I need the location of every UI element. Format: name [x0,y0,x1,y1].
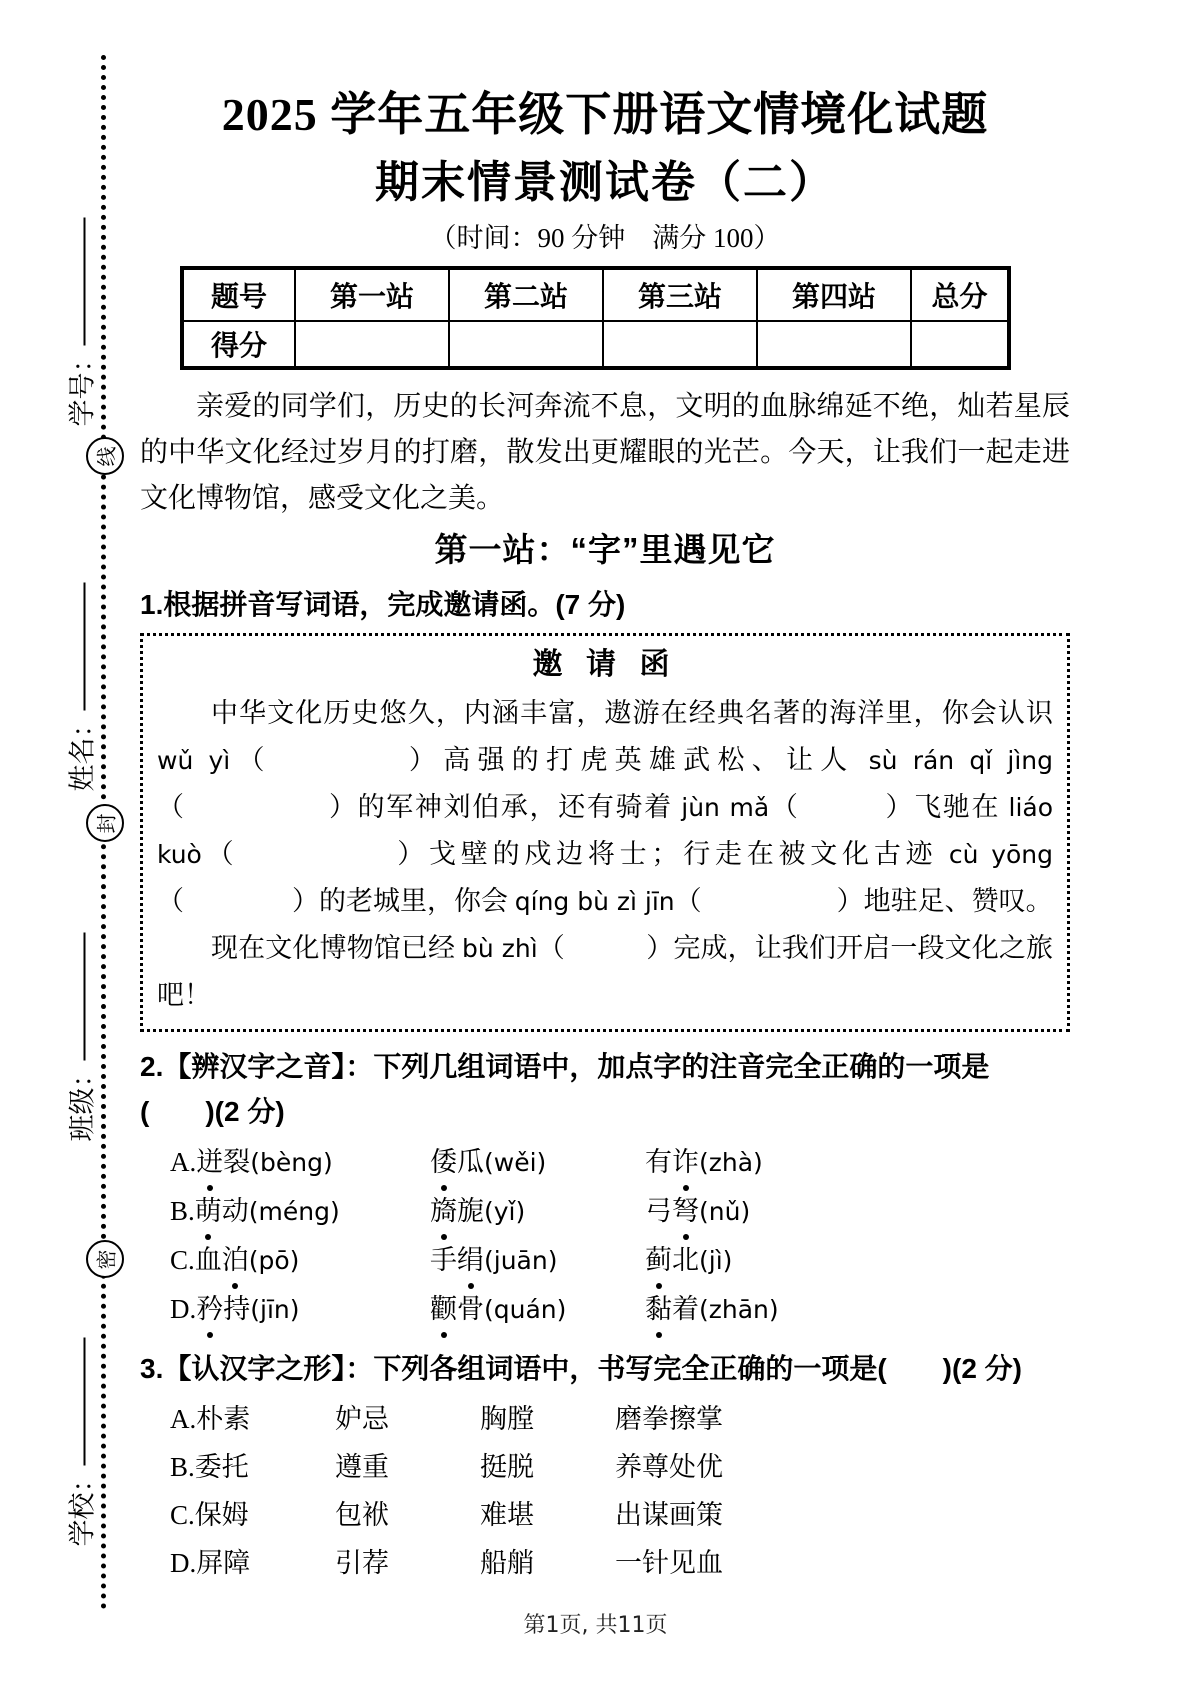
option-pinyin: (jì) [699,1246,732,1275]
score-table: 题号 第一站 第二站 第三站 第四站 总分 得分 [180,266,1011,370]
side-label-class: 班级： [61,892,100,1142]
dotted-char: 萌 [195,1187,222,1235]
invitation-title: 邀 请 函 [157,640,1053,690]
option-label: C. [170,1500,195,1530]
dotted-char: 颧 [430,1285,457,1333]
option-word: 委托 [195,1452,249,1482]
invitation-paragraph-1: 中华文化历史悠久，内涵丰富，遨游在经典名著的海洋里，你会认识 wǔ yì（ ）高… [157,690,1053,925]
dotted-char: 迸 [196,1138,223,1186]
option-label: B. [170,1452,195,1482]
pinyin-buzhi: bù zhì [462,934,538,963]
name-blank-line [84,583,86,711]
section1-title: 第一站：“字”里遇见它 [140,526,1070,574]
option-pinyin: (quán) [484,1295,566,1324]
question3-stem: 3.【认汉字之形】：下列各组词语中，书写完全正确的一项是( )(2 分) [140,1346,1070,1391]
answer-blank: （ ） [769,792,914,822]
option-row-d: D.屏障引荐船艄一针见血 [140,1539,1070,1587]
option-word: 养尊处优 [615,1443,723,1491]
score-row-label: 得分 [182,321,295,368]
name-label: 姓名： [68,711,98,792]
question3-options: A.朴素妒忌胸膛磨拳擦掌 B.委托遵重挺脱养尊处优 C.保姆包袱难堪出谋画策 D… [140,1395,1070,1587]
score-table-score-row: 得分 [182,321,1009,368]
option-row-d: D.矜持(jīn)颧骨(quán)黏着(zhān) [140,1285,1070,1334]
answer-blank: （ ） [538,933,674,963]
side-label-name: 姓名： [61,542,100,792]
option-label: C. [170,1245,195,1275]
option-pinyin: (wěi) [484,1148,546,1177]
dotted-char: 泊 [222,1236,249,1284]
option-word: 船艄 [480,1539,615,1587]
option-word: 屏障 [196,1548,250,1578]
seal-char-mi: 密 [86,1240,124,1278]
option-pinyin: (zhān) [699,1295,779,1324]
dotted-char: 黏 [645,1285,672,1333]
pinyin-qingbuzijin: qíng bù zì jīn [515,887,675,916]
score-cell-station1 [295,321,449,368]
option-label: D. [170,1294,196,1324]
invitation-paragraph-2: 现在文化博物馆已经 bù zhì（ ）完成，让我们开启一段文化之旅吧！ [157,925,1053,1019]
class-label: 班级： [68,1061,98,1142]
option-pinyin: (pō) [249,1246,300,1275]
exam-page: 学号： 姓名： 班级： 学校： 线 封 密 2025 学年五年级下册语文情境化试… [0,0,1191,1684]
score-cell-total [911,321,1009,368]
header-cell-station1: 第一站 [295,268,449,321]
dotted-char: 弩 [672,1187,699,1235]
option-pinyin: (jīn) [250,1295,299,1324]
option-label: A. [170,1147,196,1177]
answer-blank: （ ） [157,886,319,916]
school-label: 学校： [68,1466,98,1547]
dotted-char: 诈 [672,1138,699,1186]
seal-char-xian: 线 [86,437,124,475]
pinyin-suranqijing: sù rán qǐ jìng [869,746,1053,775]
option-word: 遵重 [335,1443,480,1491]
side-label-school: 学校： [61,1297,100,1547]
exam-subtitle: 期末情景测试卷（二） [140,156,1070,210]
header-cell-total: 总分 [911,268,1009,321]
exam-title: 2025 学年五年级下册语文情境化试题 [140,86,1070,144]
intro-paragraph: 亲爱的同学们，历史的长河奔流不息，文明的血脉绵延不绝，灿若星辰的中华文化经过岁月… [140,384,1070,522]
dotted-char: 绢 [457,1236,484,1284]
option-pinyin: (juān) [484,1246,557,1275]
option-word: 引荐 [335,1539,480,1587]
option-word: 出谋画策 [615,1491,723,1539]
answer-blank: （ ） [675,886,864,916]
option-pinyin: (bèng) [250,1148,332,1177]
dotted-char: 旖 [430,1187,457,1235]
option-word: 一针见血 [615,1539,723,1587]
option-word: 保姆 [195,1500,249,1530]
score-cell-station2 [449,321,603,368]
dotted-char: 蓟 [645,1236,672,1284]
student-id-label: 学号： [68,346,98,427]
score-table-header-row: 题号 第一站 第二站 第三站 第四站 总分 [182,268,1009,321]
option-row-c: C.保姆包袱难堪出谋画策 [140,1491,1070,1539]
option-label: D. [170,1548,196,1578]
header-cell-tihao: 题号 [182,268,295,321]
option-word: 胸膛 [480,1395,615,1443]
option-word: 妒忌 [335,1395,480,1443]
option-word: 朴素 [196,1404,250,1434]
option-label: B. [170,1196,195,1226]
main-content: 2025 学年五年级下册语文情境化试题 期末情景测试卷（二） （时间：90 分钟… [140,0,1070,1587]
option-word: 难堪 [480,1491,615,1539]
option-word: 包袱 [335,1491,480,1539]
option-row-b: B.萌动(méng)旖旎(yǐ)弓弩(nǔ) [140,1187,1070,1236]
side-label-student-id: 学号： [61,177,100,427]
dotted-char: 倭 [430,1138,457,1186]
option-word: 磨拳擦掌 [615,1395,723,1443]
pinyin-wuyi: wǔ yì [157,746,230,775]
score-cell-station4 [757,321,911,368]
class-blank-line [84,933,86,1061]
question1-stem: 1.根据拼音写词语，完成邀请函。(7 分) [140,582,1070,627]
school-blank-line [84,1338,86,1466]
student-id-blank-line [84,218,86,346]
answer-blank: （ ） [202,839,429,869]
pinyin-cuyong: cù yōng [949,840,1053,869]
answer-blank: （ ） [157,792,358,822]
option-pinyin: (zhà) [699,1148,763,1177]
answer-blank: （ ） [230,745,443,775]
option-row-b: B.委托遵重挺脱养尊处优 [140,1443,1070,1491]
option-pinyin: (méng) [249,1197,340,1226]
option-row-a: A.迸裂(bèng)倭瓜(wěi)有诈(zhà) [140,1138,1070,1187]
option-row-a: A.朴素妒忌胸膛磨拳擦掌 [140,1395,1070,1443]
dotted-char: 矜 [196,1285,223,1333]
option-pinyin: (yǐ) [484,1197,525,1226]
header-cell-station2: 第二站 [449,268,603,321]
option-pinyin: (nǔ) [699,1197,750,1226]
seal-char-feng: 封 [86,804,124,842]
header-cell-station4: 第四站 [757,268,911,321]
score-cell-station3 [603,321,757,368]
option-word: 挺脱 [480,1443,615,1491]
pinyin-junma: jùn mǎ [681,793,769,822]
option-label: A. [170,1404,196,1434]
header-cell-station3: 第三站 [603,268,757,321]
invitation-box: 邀 请 函 中华文化历史悠久，内涵丰富，遨游在经典名著的海洋里，你会认识 wǔ … [140,633,1070,1032]
question2-stem: 2.【辨汉字之音】：下列几组词语中，加点字的注音完全正确的一项是 ( )(2 分… [140,1044,1070,1134]
option-row-c: C.血泊(pō)手绢(juān)蓟北(jì) [140,1236,1070,1285]
question2-options: A.迸裂(bèng)倭瓜(wěi)有诈(zhà) B.萌动(méng)旖旎(yǐ… [140,1138,1070,1334]
exam-meta-line: （时间：90 分钟 满分 100） [140,220,1070,256]
footer-page-number: 第1页, 共11页 [0,1608,1191,1639]
